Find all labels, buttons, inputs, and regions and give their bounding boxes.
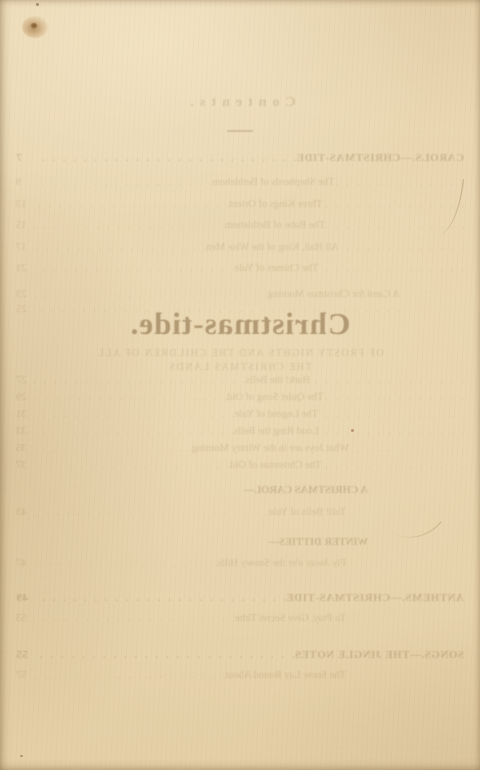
dotted-leader	[349, 442, 464, 455]
dotted-leader	[323, 391, 464, 404]
book-page-scan: Contents. CAROLS.—CHRISTMAS-TIDE7The She…	[0, 0, 480, 770]
dotted-leader	[34, 391, 227, 404]
toc-entry-label: The Legend of Yule	[235, 408, 318, 421]
dotted-leader	[34, 198, 229, 211]
toc-page-number: 27	[16, 374, 34, 387]
dotted-leader	[34, 557, 218, 570]
dotted-leader	[34, 612, 235, 625]
toc-page-number: 15	[16, 219, 34, 232]
toc-heading-row: SONGS.—THE JINGLE NOTES55	[16, 649, 464, 662]
toc-entry-row: 25	[16, 303, 464, 316]
toc-heading-label: CAROLS.—CHRISTMAS-TIDE	[296, 152, 464, 165]
toc-section-ditties: WINTER DITTIES—Fly Away o'er the Snowy H…	[16, 536, 464, 570]
scratch-mark	[435, 177, 464, 237]
toc-page-number: 25	[16, 303, 34, 316]
toc-page-number: 7	[16, 152, 34, 165]
toc-entry-label: Fly Away o'er the Snowy Hills	[218, 557, 346, 570]
toc-entry-row: The Christmas of Old37	[16, 459, 464, 472]
dotted-leader	[34, 288, 268, 301]
toc-entry-label: The Christmas of Old	[230, 459, 321, 472]
dotted-leader	[34, 425, 234, 438]
dotted-leader	[34, 506, 269, 519]
dotted-leader	[34, 152, 296, 165]
toc-entry-label: Loud Ring the Bells	[234, 425, 319, 438]
dotted-leader	[34, 669, 225, 682]
foxing-stain-core	[31, 23, 37, 28]
toc-entry-label: Toll! Bells of Yule	[269, 506, 346, 519]
toc-page-number: 9	[16, 176, 34, 189]
epigraph-line: THE CHRISTMAS LANDS	[0, 361, 480, 375]
toc-page-number: 33	[16, 425, 34, 438]
toc-entry-label: Three Kings of Orient	[229, 198, 322, 211]
title-rule	[227, 130, 253, 132]
toc-heading-row: CAROLS.—CHRISTMAS-TIDE7	[16, 152, 464, 165]
dotted-leader	[321, 459, 464, 472]
toc-entry-row: Hark! the Bells27	[16, 374, 464, 387]
toc-page-number: 17	[16, 241, 34, 254]
toc-section-carols: CAROLS.—CHRISTMAS-TIDE7The Shepherds of …	[16, 152, 464, 284]
toc-page-number: 31	[16, 408, 34, 421]
dotted-leader	[319, 425, 464, 438]
toc-heading-label: ANTHEMS.—CHRISTMAS-TIDE	[286, 592, 464, 605]
toc-page-number: 37	[16, 459, 34, 472]
toc-page-number: 57	[16, 669, 34, 682]
dotted-leader	[34, 649, 294, 662]
toc-entry-row: What Joys are in the Wintry Morning35	[16, 442, 464, 455]
toc-page-number: 23	[16, 288, 34, 301]
dotted-leader	[318, 262, 464, 275]
toc-page-number: 47	[16, 557, 34, 570]
toc-entry-row: Loud Ring the Bells33	[16, 425, 464, 438]
toc-page-number: 55	[16, 649, 34, 662]
showthrough-epigraph: OF FROSTY NIGHTS AND THE CHILDREN OF ALL…	[0, 347, 480, 375]
toc-entry-label: To Pray, Give Secret Tithe	[235, 612, 346, 625]
toc-heading-label: A CHRISTMAS CAROL—	[244, 484, 368, 497]
dotted-leader	[34, 442, 192, 455]
toc-entry-row: The Quiet Song of Old29	[16, 391, 464, 404]
toc-section-songs: SONGS.—THE JINGLE NOTES55The Snow Lay Ro…	[16, 649, 464, 682]
toc-heading-label: SONGS.—THE JINGLE NOTES	[294, 649, 464, 662]
dotted-leader	[34, 459, 230, 472]
showthrough-big-title: Christmas-tide.	[0, 306, 480, 342]
toc-page-number: 35	[16, 442, 34, 455]
toc-heading-label: WINTER DITTIES—	[269, 536, 369, 549]
toc-heading-row: WINTER DITTIES—	[16, 536, 464, 549]
toc-entry-row: The Shepherds of Bethlehem9	[16, 176, 464, 189]
toc-entry-row: All Hail, King of the Wise Men17	[16, 241, 464, 254]
paper-grain-texture	[0, 0, 480, 770]
toc-entry-label: What Joys are in the Wintry Morning	[192, 442, 349, 455]
toc-page-number: 49	[16, 592, 34, 605]
toc-page-number: 21	[16, 262, 34, 275]
dotted-leader	[34, 262, 234, 275]
toc-entry-row: Fly Away o'er the Snowy Hills47	[16, 557, 464, 570]
dotted-leader	[34, 303, 400, 316]
dotted-leader	[310, 374, 464, 387]
dotted-leader	[318, 408, 464, 421]
paper-speck	[36, 3, 39, 6]
toc-entry-row: A Carol for Christmas Morning23	[16, 288, 464, 301]
toc-entry-row: Three Kings of Orient13	[16, 198, 464, 211]
epigraph-line: OF FROSTY NIGHTS AND THE CHILDREN OF ALL	[0, 347, 480, 361]
toc-page-number: 29	[16, 391, 34, 404]
toc-entry-label: A Carol for Christmas Morning	[268, 288, 400, 301]
toc-section-carol: A CHRISTMAS CAROL—Toll! Bells of Yule43	[16, 484, 464, 519]
paper-speck	[20, 755, 23, 757]
toc-entry-row: The Legend of Yule31	[16, 408, 464, 421]
scratch-mark	[389, 499, 442, 552]
toc-section-anthems: ANTHEMS.—CHRISTMAS-TIDE49To Pray, Give S…	[16, 592, 464, 625]
paper-speck	[351, 429, 354, 432]
toc-entry-label: The Shepherds of Bethlehem	[212, 176, 334, 189]
toc-entry-label: The Quiet Song of Old	[227, 391, 323, 404]
toc-entry-label: The Snow Lay Round About	[225, 669, 346, 682]
toc-entry-label: Hark! the Bells	[246, 374, 310, 387]
dotted-leader	[34, 219, 225, 232]
toc-heading-row: A CHRISTMAS CAROL—	[16, 484, 464, 497]
dotted-leader	[34, 374, 246, 387]
dotted-leader	[34, 241, 206, 254]
toc-section-break: A Carol for Christmas Morning2325	[16, 288, 464, 318]
toc-entry-row: The Snow Lay Round About57	[16, 669, 464, 682]
toc-entry-row: To Pray, Give Secret Tithe53	[16, 612, 464, 625]
dotted-leader	[34, 592, 286, 605]
toc-heading-row: ANTHEMS.—CHRISTMAS-TIDE49	[16, 592, 464, 605]
toc-page-number: 13	[16, 198, 34, 211]
showthrough-layer: Contents. CAROLS.—CHRISTMAS-TIDE7The She…	[0, 0, 480, 770]
toc-entry-row: The Babe of Bethlehem15	[16, 219, 464, 232]
showthrough-contents-title: Contents.	[0, 95, 480, 111]
toc-entry-row: The Chimes of Yule21	[16, 262, 464, 275]
toc-entry-label: The Babe of Bethlehem	[225, 219, 325, 232]
toc-entry-row: Toll! Bells of Yule43	[16, 506, 464, 519]
dotted-leader	[34, 408, 235, 421]
dotted-leader	[34, 176, 212, 189]
dotted-leader	[339, 241, 464, 254]
toc-page-number: 53	[16, 612, 34, 625]
toc-section-christmastide: Hark! the Bells27The Quiet Song of Old29…	[16, 374, 464, 476]
toc-entry-label: The Chimes of Yule	[234, 262, 318, 275]
toc-entry-label: All Hail, King of the Wise Men	[206, 241, 339, 254]
toc-page-number: 43	[16, 506, 34, 519]
